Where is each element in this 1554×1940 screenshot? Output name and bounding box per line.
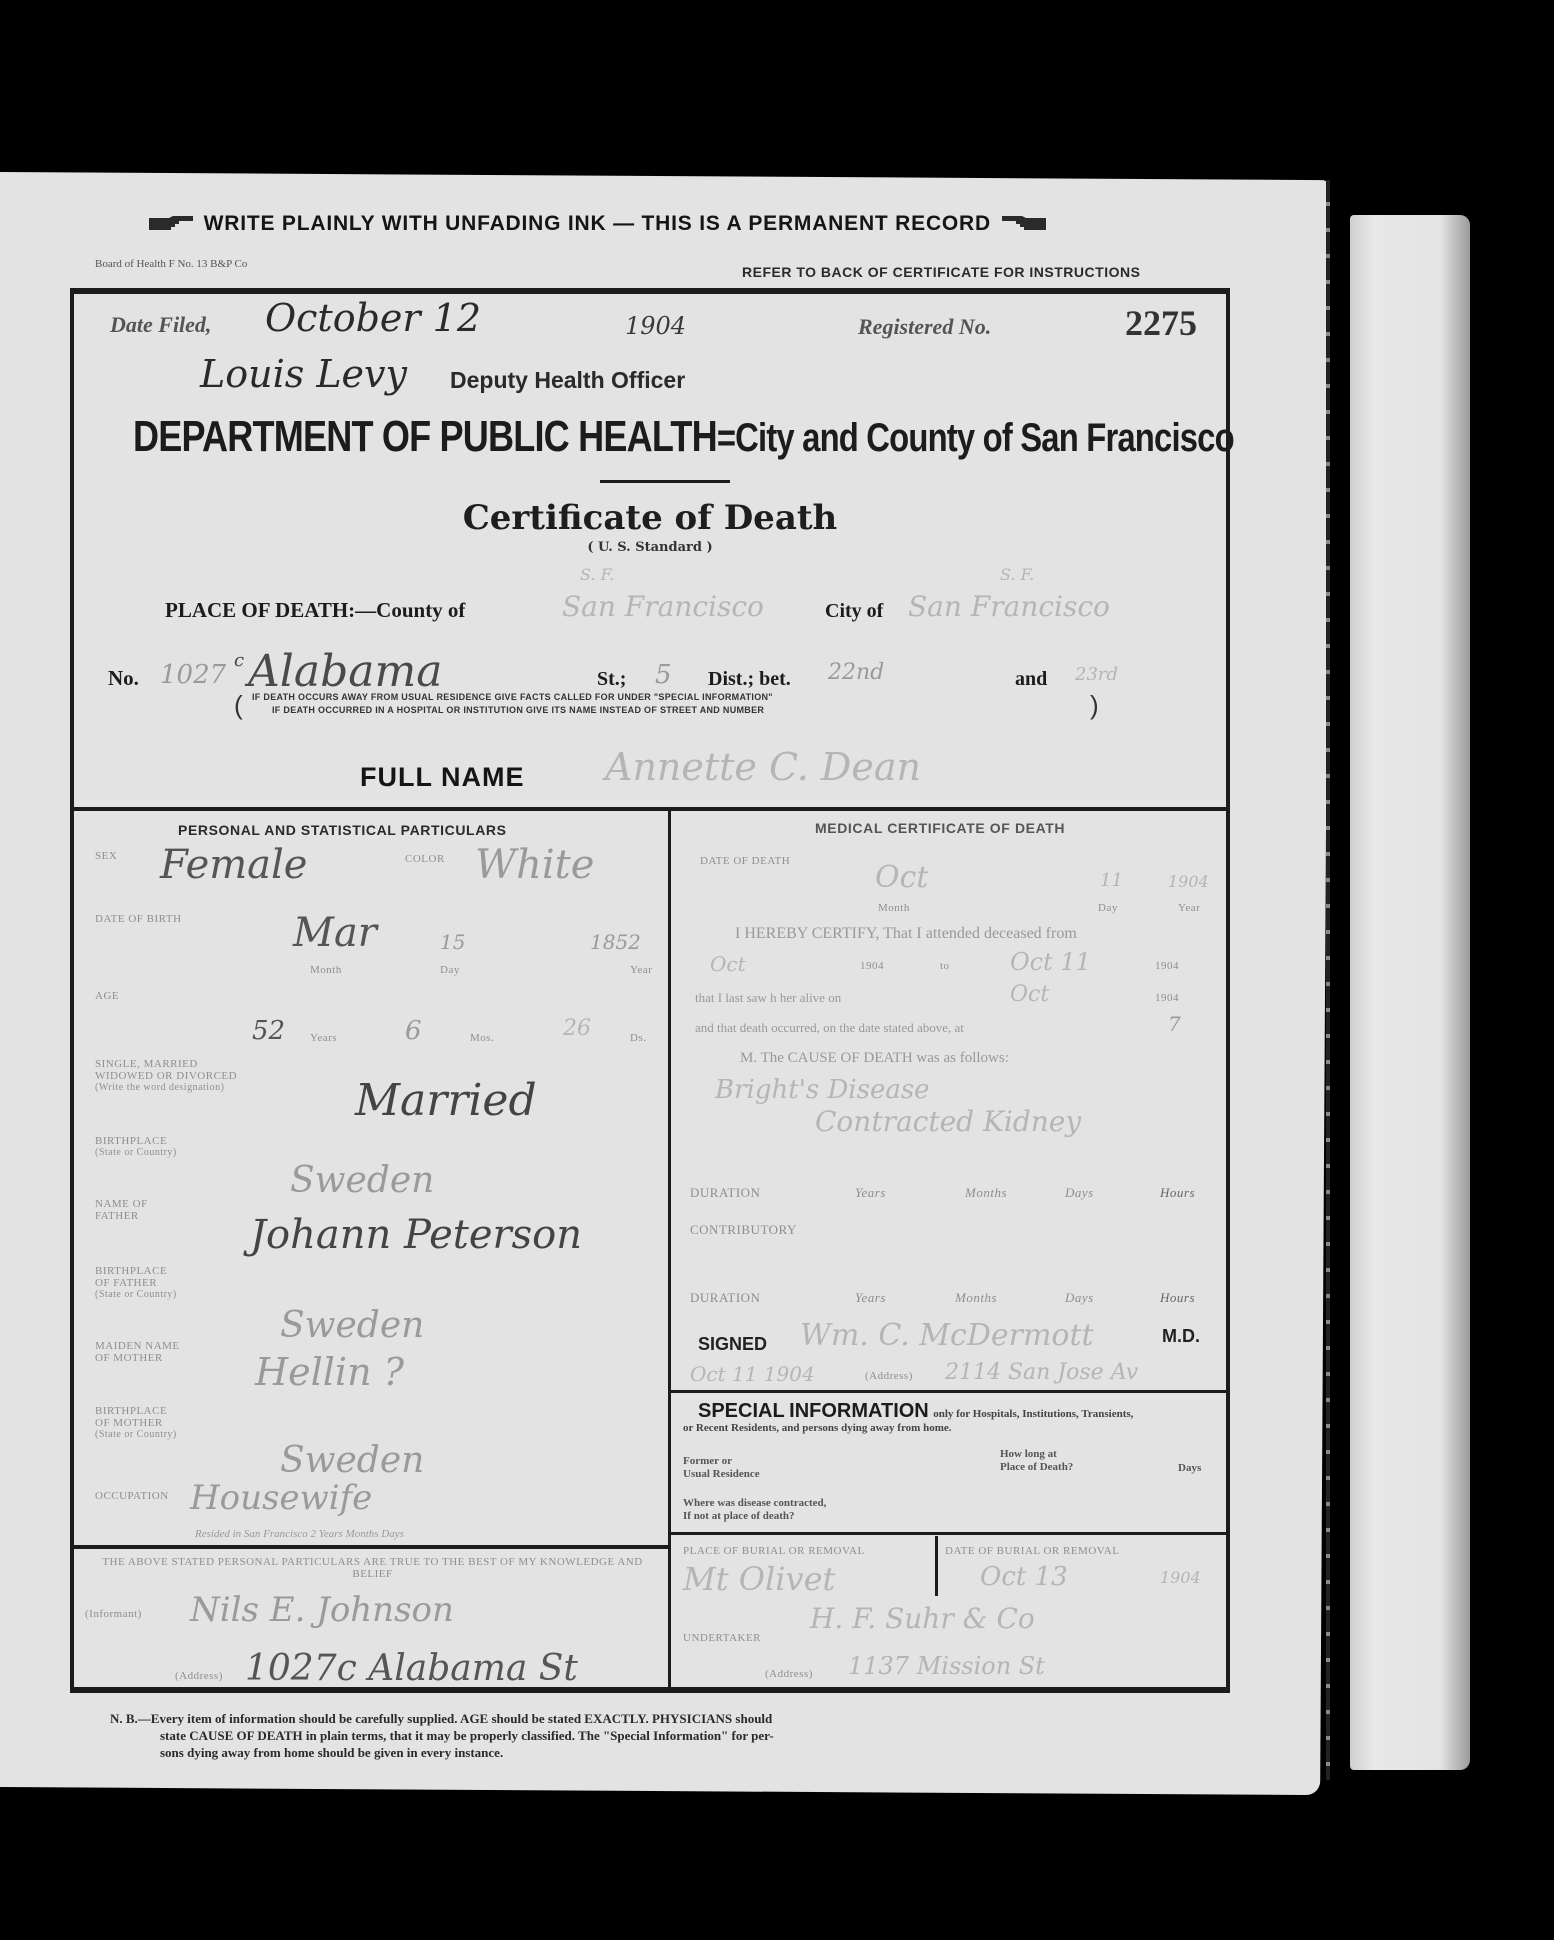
contributory-label: CONTRIBUTORY <box>690 1224 797 1236</box>
occurred-line: and that death occurred, on the date sta… <box>695 1020 964 1036</box>
duration-hours-caption: Hours <box>1160 1187 1195 1199</box>
father-name-label-1: NAME OF <box>95 1198 148 1210</box>
instruction-line-1: IF DEATH OCCURS AWAY FROM USUAL RESIDENC… <box>252 692 773 702</box>
death-month: Oct <box>875 860 928 895</box>
last-saw-year: 1904 <box>1155 992 1179 1004</box>
last-saw-line: that I last saw h her alive on <box>695 990 841 1006</box>
special-heading-word-1: SPECIAL <box>698 1400 785 1422</box>
death-day: 11 <box>1100 870 1123 891</box>
title-divider <box>600 480 730 483</box>
jurisdiction-name: =City and County of San Francisco <box>717 416 1234 460</box>
footer-note-line-3: sons dying away from home should be give… <box>110 1744 774 1761</box>
medical-bottom-rule <box>670 1390 1230 1393</box>
former-residence-line-1: Former or <box>683 1455 760 1468</box>
occurred-hour: 7 <box>1168 1012 1181 1036</box>
duration-years-caption: Years <box>855 1187 886 1199</box>
contracted-line-2: If not at place of death? <box>683 1510 826 1523</box>
duration-months-caption: Months <box>965 1187 1007 1199</box>
printer-imprint: Board of Health F No. 13 B&P Co <box>95 258 247 270</box>
color-value: White <box>475 842 594 888</box>
undertaker-address: 1137 Mission St <box>848 1652 1045 1680</box>
duration-label-2: DURATION <box>690 1292 760 1304</box>
county-annotation: S. F. <box>580 565 614 584</box>
marital-label-3: (Write the word designation) <box>95 1082 224 1094</box>
street-label: St.; <box>597 668 626 691</box>
ward-value: 5 <box>655 660 672 690</box>
burial-column-divider <box>935 1536 938 1596</box>
registered-no-label: Registered No. <box>858 314 991 340</box>
mother-birthplace-caption: (State or Country) <box>95 1429 177 1441</box>
banner-text-right: THIS IS A PERMANENT RECORD <box>642 212 991 235</box>
burial-place-label: PLACE OF BURIAL OR REMOVAL <box>683 1545 865 1557</box>
sex-value: Female <box>160 842 307 888</box>
death-day-caption: Day <box>1098 902 1118 914</box>
occupation-label: OCCUPATION <box>95 1490 169 1502</box>
how-long-label: How long at Place of Death? <box>1000 1448 1073 1474</box>
full-name-label: FULL NAME <box>360 762 525 793</box>
footer-note: N. B.—Every item of information should b… <box>110 1710 774 1761</box>
column-divider <box>668 810 671 1690</box>
medical-heading: MEDICAL CERTIFICATE OF DEATH <box>815 820 1065 836</box>
informant-attestation: THE ABOVE STATED PERSONAL PARTICULARS AR… <box>85 1556 660 1580</box>
banner-separator: — <box>613 212 635 235</box>
next-page-edge <box>1350 215 1470 1770</box>
between-street-2: 23rd <box>1075 664 1118 685</box>
marital-label-1: SINGLE, MARRIED <box>95 1058 198 1070</box>
mother-birthplace-label-1: BIRTHPLACE <box>95 1405 167 1417</box>
marital-label-2: WIDOWED OR DIVORCED <box>95 1070 237 1082</box>
full-name-value: Annette C. Dean <box>605 745 921 789</box>
mother-name-label-1: MAIDEN NAME <box>95 1340 180 1352</box>
undertaker-address-label: (Address) <box>765 1668 813 1680</box>
city-annotation: S. F. <box>1000 565 1034 584</box>
marital-value: Married <box>355 1075 537 1126</box>
color-label: COLOR <box>405 853 445 865</box>
dob-month-caption: Month <box>310 964 342 976</box>
date-filed-value: October 12 <box>265 296 481 340</box>
duration-hours-caption-2: Hours <box>1160 1292 1195 1304</box>
mother-birthplace-label-2: OF MOTHER <box>95 1417 163 1429</box>
physician-address: 2114 San Jose Av <box>945 1360 1138 1385</box>
age-days: 26 <box>563 1016 591 1041</box>
duration-days-caption-2: Days <box>1065 1292 1094 1304</box>
instruction-line-2: IF DEATH OCCURRED IN A HOSPITAL OR INSTI… <box>272 705 764 715</box>
street-no-label: No. <box>108 666 139 691</box>
physician-signature: Wm. C. McDermott <box>800 1318 1094 1353</box>
date-filed-year: 1904 <box>625 312 686 340</box>
burial-date-year: 1904 <box>1160 1568 1201 1587</box>
cause-primary: Bright's Disease <box>715 1075 930 1105</box>
us-standard-label: ( U. S. Standard ) <box>0 540 1300 555</box>
between-street-1: 22nd <box>828 660 884 685</box>
how-long-line-2: Place of Death? <box>1000 1461 1073 1474</box>
city-value: San Francisco <box>908 590 1110 623</box>
certificate-title: Certificate of Death <box>0 498 1300 538</box>
age-months-caption: Mos. <box>470 1032 494 1044</box>
informant-label: (Informant) <box>85 1608 142 1620</box>
registered-no-value: 2275 <box>1125 302 1197 344</box>
mother-birthplace-value: Sweden <box>280 1440 424 1481</box>
street-number: 1027 <box>160 660 226 690</box>
burial-date-label: DATE OF BURIAL OR REMOVAL <box>945 1545 1119 1557</box>
department-title: DEPARTMENT OF PUBLIC HEALTH=City and Cou… <box>133 412 1234 462</box>
county-value: San Francisco <box>562 590 764 623</box>
instruction-paren-open: ( <box>234 690 243 721</box>
death-year: 1904 <box>1168 872 1209 891</box>
birthplace-label: BIRTHPLACE <box>95 1135 167 1147</box>
cause-secondary: Contracted Kidney <box>815 1105 1081 1138</box>
former-residence-label: Former or Usual Residence <box>683 1455 760 1481</box>
binding-edge <box>1326 180 1330 1780</box>
department-name: DEPARTMENT OF PUBLIC HEALTH <box>133 412 717 461</box>
certify-line: I HEREBY CERTIFY, That I attended deceas… <box>735 925 1077 943</box>
father-birthplace-label-1: BIRTHPLACE <box>95 1265 167 1277</box>
city-label: City of <box>825 600 883 623</box>
father-birthplace-caption: (State or Country) <box>95 1289 177 1301</box>
age-months: 6 <box>405 1016 422 1046</box>
duration-label: DURATION <box>690 1187 760 1199</box>
undertaker-label: UNDERTAKER <box>683 1632 761 1644</box>
father-name-value: Johann Peterson <box>250 1212 582 1258</box>
special-note-2: or Recent Residents, and persons dying a… <box>683 1422 952 1434</box>
section-divider <box>74 807 1228 811</box>
informant-address-label: (Address) <box>175 1670 223 1682</box>
father-birthplace-label-2: OF FATHER <box>95 1277 157 1289</box>
duration-days-caption: Days <box>1065 1187 1094 1199</box>
duration-years-caption-2: Years <box>855 1292 886 1304</box>
how-long-days-label: Days <box>1178 1462 1201 1474</box>
age-label: AGE <box>95 990 119 1002</box>
undertaker-value: H. F. Suhr & Co <box>810 1602 1035 1635</box>
birthplace-caption: (State or Country) <box>95 1147 177 1159</box>
former-residence-line-2: Usual Residence <box>683 1468 760 1481</box>
footer-note-line-2: state CAUSE OF DEATH in plain terms, tha… <box>110 1727 774 1744</box>
signed-label: SIGNED <box>698 1334 767 1355</box>
special-info-heading: SPECIAL INFORMATION only for Hospitals, … <box>698 1400 1133 1423</box>
officer-signature: Louis Levy <box>200 352 407 396</box>
birthplace-value: Sweden <box>290 1160 434 1201</box>
burial-place-value: Mt Olivet <box>683 1560 835 1598</box>
age-years-caption: Years <box>310 1032 337 1044</box>
dob-day-caption: Day <box>440 964 460 976</box>
mother-name-value: Hellin ? <box>255 1350 404 1394</box>
attended-from-year: 1904 <box>860 960 884 972</box>
dob-label: DATE OF BIRTH <box>95 913 182 925</box>
attended-to: Oct 11 <box>1010 948 1091 976</box>
how-long-line-1: How long at <box>1000 1448 1073 1461</box>
and-label: and <box>1015 668 1047 691</box>
signed-date: Oct 11 1904 <box>690 1362 815 1386</box>
age-days-caption: Ds. <box>630 1032 646 1044</box>
death-year-caption: Year <box>1178 902 1200 914</box>
mother-name-label-2: OF MOTHER <box>95 1352 163 1364</box>
father-name-label-2: FATHER <box>95 1210 139 1222</box>
father-birthplace-value: Sweden <box>280 1305 424 1346</box>
ink-warning-banner: WRITE PLAINLY WITH UNFADING INK — THIS I… <box>147 212 1048 236</box>
street-number-suffix: c <box>234 650 244 671</box>
last-saw-value: Oct <box>1010 982 1049 1007</box>
contracted-label: Where was disease contracted, If not at … <box>683 1497 826 1523</box>
special-note-1: only for Hospitals, Institutions, Transi… <box>933 1408 1133 1420</box>
sex-label: SEX <box>95 850 117 862</box>
footer-note-line-1: N. B.—Every item of information should b… <box>110 1710 774 1727</box>
resided-line: Resided in San Francisco 2 Years Months … <box>195 1528 404 1540</box>
street-name: Alabama <box>248 646 442 697</box>
attended-from: Oct <box>710 952 746 976</box>
refer-instructions: REFER TO BACK OF CERTIFICATE FOR INSTRUC… <box>742 264 1140 280</box>
cause-line: M. The CAUSE OF DEATH was as follows: <box>740 1050 1009 1067</box>
informant-address-value: 1027c Alabama St <box>245 1648 578 1689</box>
burial-date-value: Oct 13 <box>980 1562 1068 1592</box>
age-years: 52 <box>252 1016 285 1046</box>
date-of-death-label: DATE OF DEATH <box>700 855 790 867</box>
pointing-hand-icon <box>998 214 1048 234</box>
occupation-value: Housewife <box>190 1478 372 1518</box>
contracted-line-1: Where was disease contracted, <box>683 1497 826 1510</box>
informant-value: Nils E. Johnson <box>190 1590 454 1630</box>
death-month-caption: Month <box>878 902 910 914</box>
personal-heading: PERSONAL AND STATISTICAL PARTICULARS <box>178 822 507 838</box>
pointing-hand-icon <box>147 214 197 234</box>
banner-text-left: WRITE PLAINLY WITH UNFADING INK <box>204 212 607 235</box>
attended-to-year: 1904 <box>1155 960 1179 972</box>
place-of-death-label: PLACE OF DEATH:—County of <box>165 598 465 623</box>
special-heading-word-2: INFORMATION <box>789 1400 929 1422</box>
to-label: to <box>940 960 950 972</box>
instruction-paren-close: ) <box>1090 690 1099 721</box>
district-label: Dist.; bet. <box>708 668 791 691</box>
dob-year: 1852 <box>590 930 641 954</box>
duration-months-caption-2: Months <box>955 1292 997 1304</box>
personal-bottom-rule <box>74 1545 670 1549</box>
dob-month: Mar <box>293 910 377 956</box>
special-bottom-rule <box>670 1532 1230 1535</box>
dob-day: 15 <box>440 930 465 954</box>
date-filed-label: Date Filed, <box>110 312 211 338</box>
officer-title: Deputy Health Officer <box>450 367 685 394</box>
dob-year-caption: Year <box>630 964 652 976</box>
physician-address-label: (Address) <box>865 1370 913 1382</box>
md-label: M.D. <box>1162 1326 1200 1347</box>
